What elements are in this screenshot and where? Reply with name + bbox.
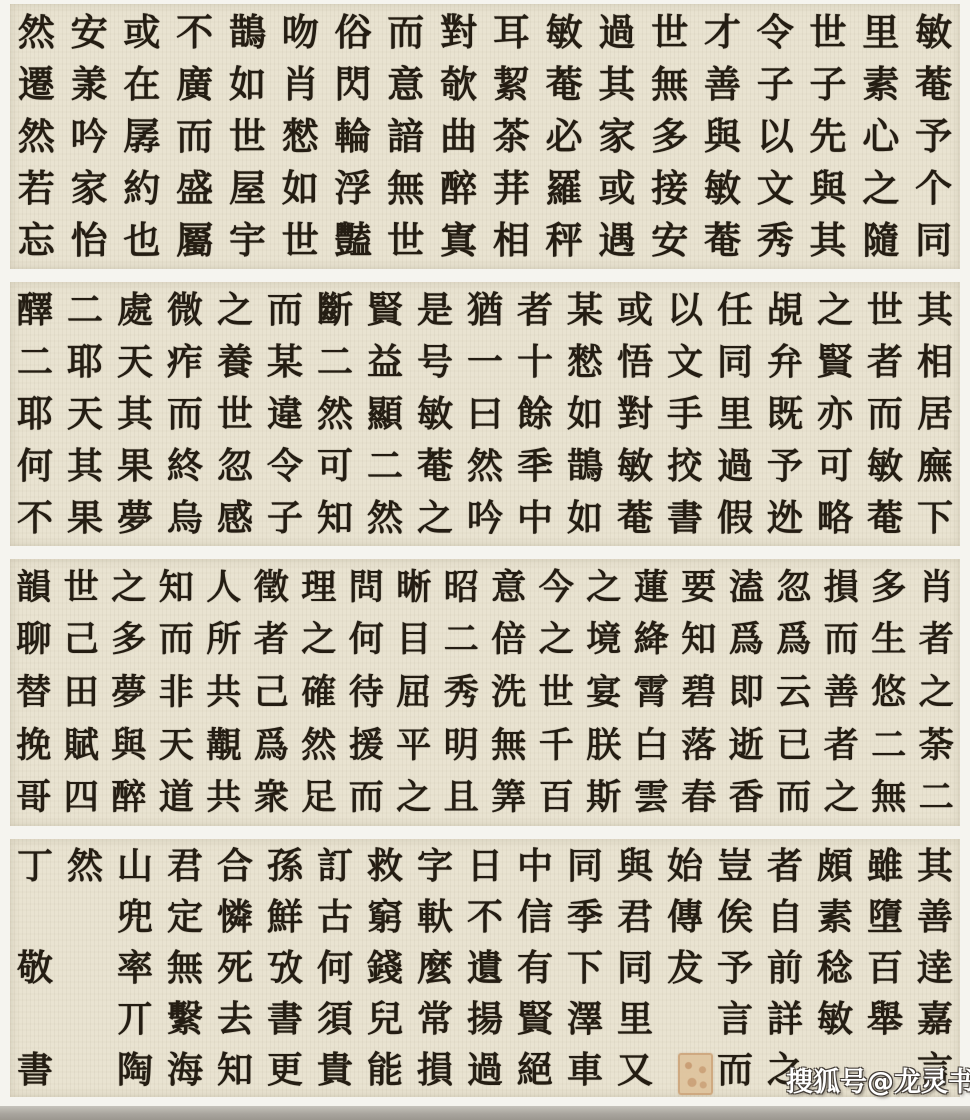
calligraphy-character: 墮 [860, 892, 910, 943]
calligraphy-character: 素 [810, 892, 860, 943]
calligraphy-character: 確 [295, 666, 343, 719]
calligraphy-character: 耶 [10, 388, 60, 440]
calligraphy-character: 欹 [432, 58, 485, 110]
calligraphy-character: 屈 [390, 666, 438, 719]
calligraphy-character: 任 [710, 284, 760, 336]
calligraphy-character: 予 [760, 440, 810, 492]
calligraphy-character: 意 [485, 561, 533, 614]
calligraphy-character [60, 993, 110, 1044]
calligraphy-character: 文 [660, 336, 710, 388]
calligraphy-character: 之 [210, 284, 260, 336]
calligraphy-character: 孫 [260, 841, 310, 892]
calligraphy-character: 挍 [660, 440, 710, 492]
calligraphy-column: 世無多接安 [643, 4, 696, 269]
calligraphy-character: 善 [818, 666, 866, 719]
calligraphy-character: 若 [10, 163, 63, 215]
calligraphy-character: 春 [675, 771, 723, 824]
calligraphy-column: 山兜率丌陶 [110, 839, 160, 1097]
calligraphy-character: 菴 [538, 58, 591, 110]
calligraphy-character: 雲 [628, 771, 676, 824]
calligraphy-character: 而 [710, 1044, 760, 1095]
calligraphy-character: 菴 [860, 492, 910, 544]
calligraphy-character: 而 [343, 771, 391, 824]
calligraphy-character: 世 [860, 284, 910, 336]
calligraphy-character: 同 [710, 336, 760, 388]
calligraphy-character: 倍 [485, 614, 533, 667]
calligraphy-scroll-photo: 敏菴予个同里素心之隨世子先與其令子以文秀才善與敏菴世無多接安過其家或遇敏菴必羅秤… [0, 0, 970, 1120]
calligraphy-column: 頗素稔敏 [810, 839, 860, 1097]
calligraphy-character: 屬 [168, 215, 221, 267]
calligraphy-character: 菴 [410, 440, 460, 492]
calligraphy-character: 是 [410, 284, 460, 336]
calligraphy-character: 也 [116, 215, 169, 267]
calligraphy-character: 多 [865, 561, 913, 614]
artist-seal [678, 1053, 713, 1095]
calligraphy-character: 同 [610, 943, 660, 994]
calligraphy-character: 以 [660, 284, 710, 336]
calligraphy-character: 下 [910, 492, 960, 544]
calligraphy-character: 筭 [485, 771, 533, 824]
calligraphy-column: 同季下澤車 [560, 839, 610, 1097]
calligraphy-character: 心 [854, 110, 907, 162]
calligraphy-character: 稔 [810, 943, 860, 994]
calligraphy-character: 賦 [58, 719, 106, 772]
calligraphy-character: 敏 [410, 388, 460, 440]
calligraphy-character: 家 [591, 110, 644, 162]
calligraphy-band-2: 其相居廡下世者而敏菴之賢亦可略覘弁既予迯任同里過假以文手挍書或悟對敏菴某憖如鵲如… [10, 282, 960, 546]
calligraphy-column: 賢益顯二然 [360, 282, 410, 546]
calligraphy-column: 溘爲即逝香 [723, 559, 771, 826]
calligraphy-character: 違 [260, 388, 310, 440]
calligraphy-column: 才善與敏菴 [696, 4, 749, 269]
calligraphy-character: 何 [10, 440, 60, 492]
calligraphy-character: 天 [60, 388, 110, 440]
calligraphy-character: 略 [810, 492, 860, 544]
calligraphy-character: 且 [438, 771, 486, 824]
calligraphy-character: 賢 [510, 993, 560, 1044]
calligraphy-character: 如 [560, 388, 610, 440]
calligraphy-column: 世者而敏菴 [860, 282, 910, 546]
calligraphy-character: 耶 [60, 336, 110, 388]
calligraphy-column: 救窮錢兒能 [360, 839, 410, 1097]
photo-bottom-edge [0, 1106, 970, 1120]
calligraphy-character: 世 [210, 388, 260, 440]
calligraphy-character: 吻 [274, 6, 327, 58]
calligraphy-character: 烏 [160, 492, 210, 544]
calligraphy-character: 白 [628, 719, 676, 772]
calligraphy-character: 敏 [538, 6, 591, 58]
calligraphy-character: 賢 [810, 336, 860, 388]
calligraphy-character: 貴 [310, 1044, 360, 1095]
calligraphy-character: 丁 [10, 841, 60, 892]
calligraphy-character: 如 [221, 58, 274, 110]
calligraphy-character: 無 [160, 943, 210, 994]
calligraphy-character: 犮 [660, 943, 710, 994]
calligraphy-character: 賢 [360, 284, 410, 336]
calligraphy-character: 浮 [327, 163, 380, 215]
calligraphy-character: 肖 [913, 561, 961, 614]
calligraphy-column: 與君同里又 [610, 839, 660, 1097]
calligraphy-character: 夢 [105, 666, 153, 719]
calligraphy-character: 合 [210, 841, 260, 892]
calligraphy-character: 盛 [168, 163, 221, 215]
calligraphy-band-3: 肖者之荼二多生悠二無損而善者之忽爲云已而溘爲即逝香要知碧落春蓮絳霄白雲之境宴朕斯… [10, 559, 960, 826]
calligraphy-character: 何 [343, 614, 391, 667]
calligraphy-character: 田 [58, 666, 106, 719]
calligraphy-character: 書 [260, 993, 310, 1044]
calligraphy-character: 敏 [696, 163, 749, 215]
calligraphy-character: 然 [10, 110, 63, 162]
calligraphy-character: 善 [910, 892, 960, 943]
calligraphy-character: 下 [560, 943, 610, 994]
calligraphy-column: 或在孱約也 [116, 4, 169, 269]
calligraphy-character: 其 [591, 58, 644, 110]
calligraphy-character: 自 [760, 892, 810, 943]
calligraphy-character: 以 [749, 110, 802, 162]
calligraphy-column: 安羕吟家怡 [63, 4, 116, 269]
calligraphy-character: 霄 [628, 666, 676, 719]
calligraphy-character: 要 [675, 561, 723, 614]
calligraphy-character: 悟 [610, 336, 660, 388]
calligraphy-character: 遇 [591, 215, 644, 267]
calligraphy-character: 或 [591, 163, 644, 215]
calligraphy-character: 訂 [310, 841, 360, 892]
calligraphy-character: 安 [643, 215, 696, 267]
calligraphy-character: 屋 [221, 163, 274, 215]
calligraphy-character: 猶 [460, 284, 510, 336]
calligraphy-sheet: 敏菴予个同里素心之隨世子先與其令子以文秀才善與敏菴世無多接安過其家或遇敏菴必羅秤… [10, 4, 960, 1100]
calligraphy-column: 中信有賢絕 [510, 839, 560, 1097]
calligraphy-character: 知 [153, 561, 201, 614]
calligraphy-character: 亦 [810, 388, 860, 440]
calligraphy-character: 絕 [510, 1044, 560, 1095]
calligraphy-character: 而 [379, 6, 432, 58]
calligraphy-character: 一 [460, 336, 510, 388]
calligraphy-character: 才 [696, 6, 749, 58]
calligraphy-character: 者 [510, 284, 560, 336]
calligraphy-character: 天 [153, 719, 201, 772]
calligraphy-character: 豔 [327, 215, 380, 267]
calligraphy-character: 逹 [910, 943, 960, 994]
calligraphy-character: 其 [910, 284, 960, 336]
calligraphy-character: 羅 [538, 163, 591, 215]
calligraphy-column: 覘弁既予迯 [760, 282, 810, 546]
calligraphy-character: 曲 [432, 110, 485, 162]
calligraphy-character: 始 [660, 841, 710, 892]
calligraphy-character: 損 [410, 1044, 460, 1095]
watermark-sohu-longling: 搜狐号@龙灵书道 [786, 1060, 970, 1099]
calligraphy-character: 相 [485, 215, 538, 267]
calligraphy-character: 其 [910, 841, 960, 892]
calligraphy-column: 斷二然可知 [310, 282, 360, 546]
calligraphy-character: 與 [696, 110, 749, 162]
calligraphy-character: 菴 [610, 492, 660, 544]
calligraphy-character: 昭 [438, 561, 486, 614]
calligraphy-character: 不 [10, 492, 60, 544]
calligraphy-character: 敏 [860, 440, 910, 492]
calligraphy-character: 與 [610, 841, 660, 892]
calligraphy-column: 任同里過假 [710, 282, 760, 546]
calligraphy-column: 豈俟予言而 [710, 839, 760, 1097]
calligraphy-character: 信 [510, 892, 560, 943]
calligraphy-character: 或 [116, 6, 169, 58]
calligraphy-character: 軑 [410, 892, 460, 943]
calligraphy-character: 在 [116, 58, 169, 110]
calligraphy-character: 多 [105, 614, 153, 667]
calligraphy-character: 援 [343, 719, 391, 772]
calligraphy-character: 孱 [116, 110, 169, 162]
calligraphy-character: 或 [610, 284, 660, 336]
calligraphy-character: 死 [210, 943, 260, 994]
calligraphy-character: 前 [760, 943, 810, 994]
calligraphy-character: 十 [510, 336, 560, 388]
calligraphy-column: 理之確然足 [295, 559, 343, 826]
calligraphy-character: 然 [10, 6, 63, 58]
calligraphy-character: 之 [913, 666, 961, 719]
calligraphy-column: 合憐死去知 [210, 839, 260, 1097]
calligraphy-character [10, 993, 60, 1044]
calligraphy-character: 之 [410, 492, 460, 544]
calligraphy-character: 者 [818, 719, 866, 772]
calligraphy-character: 而 [160, 388, 210, 440]
calligraphy-column: 對欹曲醉寘 [432, 4, 485, 269]
calligraphy-column: 吻肖憖如世 [274, 4, 327, 269]
calligraphy-character: 過 [460, 1044, 510, 1095]
calligraphy-character: 同 [907, 215, 960, 267]
calligraphy-character: 忽 [770, 561, 818, 614]
calligraphy-character: 約 [116, 163, 169, 215]
calligraphy-character: 明 [438, 719, 486, 772]
calligraphy-character: 替 [10, 666, 58, 719]
calligraphy-character: 令 [749, 6, 802, 58]
calligraphy-column: 徵者己爲衆 [248, 559, 296, 826]
calligraphy-character: 俗 [327, 6, 380, 58]
calligraphy-character: 多 [643, 110, 696, 162]
calligraphy-character: 荼 [913, 719, 961, 772]
calligraphy-character: 定 [160, 892, 210, 943]
calligraphy-column: 二耶天其果 [60, 282, 110, 546]
calligraphy-character: 素 [854, 58, 907, 110]
calligraphy-character: 子 [749, 58, 802, 110]
calligraphy-column: 孫鮮攷書更 [260, 839, 310, 1097]
calligraphy-character: 有 [510, 943, 560, 994]
calligraphy-character: 斯 [580, 771, 628, 824]
calligraphy-character: 宴 [580, 666, 628, 719]
calligraphy-character: 果 [110, 440, 160, 492]
calligraphy-character: 迯 [760, 492, 810, 544]
calligraphy-character: 者 [913, 614, 961, 667]
calligraphy-column: 之養世忽感 [210, 282, 260, 546]
calligraphy-character: 天 [110, 336, 160, 388]
calligraphy-character: 二 [360, 440, 410, 492]
calligraphy-character: 覯 [200, 719, 248, 772]
calligraphy-character: 嘉 [910, 993, 960, 1044]
calligraphy-column: 肖者之荼二 [913, 559, 961, 826]
calligraphy-character: 窮 [360, 892, 410, 943]
calligraphy-character: 待 [343, 666, 391, 719]
calligraphy-character: 微 [160, 284, 210, 336]
calligraphy-column: 其善逹嘉言 [910, 839, 960, 1097]
calligraphy-character: 海 [160, 1044, 210, 1095]
calligraphy-character: 敏 [610, 440, 660, 492]
calligraphy-character: 對 [432, 6, 485, 58]
calligraphy-character: 居 [910, 388, 960, 440]
calligraphy-character: 秊 [510, 440, 560, 492]
calligraphy-character: 个 [907, 163, 960, 215]
calligraphy-character: 豈 [710, 841, 760, 892]
calligraphy-character: 廣 [168, 58, 221, 110]
calligraphy-character: 道 [153, 771, 201, 824]
calligraphy-character: 聊 [10, 614, 58, 667]
calligraphy-column: 丁敬書 [10, 839, 60, 1097]
calligraphy-character: 無 [485, 719, 533, 772]
calligraphy-column: 雖墮百舉 [860, 839, 910, 1097]
calligraphy-character: 君 [610, 892, 660, 943]
calligraphy-character: 之 [854, 163, 907, 215]
calligraphy-character: 知 [210, 1044, 260, 1095]
calligraphy-character: 而 [168, 110, 221, 162]
calligraphy-column: 蓮絳霄白雲 [628, 559, 676, 826]
calligraphy-band-4: 其善逹嘉言雖墮百舉頗素稔敏者自前詳之豈俟予言而始傳犮與君同里又同季下澤車中信有賢… [10, 839, 960, 1097]
calligraphy-character: 可 [310, 440, 360, 492]
calligraphy-column: 之賢亦可略 [810, 282, 860, 546]
calligraphy-column: 損而善者之 [818, 559, 866, 826]
calligraphy-character: 云 [770, 666, 818, 719]
calligraphy-column: 之境宴朕斯 [580, 559, 628, 826]
calligraphy-character: 去 [210, 993, 260, 1044]
calligraphy-character: 舉 [860, 993, 910, 1044]
calligraphy-character: 目 [390, 614, 438, 667]
calligraphy-character: 共 [200, 771, 248, 824]
calligraphy-character: 即 [723, 666, 771, 719]
calligraphy-character: 悠 [865, 666, 913, 719]
calligraphy-character: 遺 [460, 943, 510, 994]
calligraphy-character: 兒 [360, 993, 410, 1044]
calligraphy-character: 如 [274, 163, 327, 215]
calligraphy-character: 生 [865, 614, 913, 667]
calligraphy-character: 洗 [485, 666, 533, 719]
calligraphy-character: 救 [360, 841, 410, 892]
calligraphy-column: 世子先與其 [802, 4, 855, 269]
calligraphy-character: 百 [860, 943, 910, 994]
calligraphy-character: 須 [310, 993, 360, 1044]
calligraphy-character: 之 [810, 284, 860, 336]
calligraphy-column: 處天其果夢 [110, 282, 160, 546]
calligraphy-column: 令子以文秀 [749, 4, 802, 269]
calligraphy-character: 相 [910, 336, 960, 388]
calligraphy-character: 荓 [485, 163, 538, 215]
calligraphy-character: 絳 [628, 614, 676, 667]
calligraphy-character: 君 [160, 841, 210, 892]
calligraphy-character: 平 [390, 719, 438, 772]
calligraphy-character: 共 [200, 666, 248, 719]
calligraphy-character: 何 [310, 943, 360, 994]
calligraphy-column: 猶一曰然吟 [460, 282, 510, 546]
calligraphy-character: 者 [760, 841, 810, 892]
calligraphy-column: 敏菴予个同 [907, 4, 960, 269]
calligraphy-character: 而 [818, 614, 866, 667]
calligraphy-column: 世己田賦四 [58, 559, 106, 826]
calligraphy-column: 是号敏菴之 [410, 282, 460, 546]
calligraphy-character: 碧 [675, 666, 723, 719]
calligraphy-character: 過 [591, 6, 644, 58]
calligraphy-column: 訂古何須貴 [310, 839, 360, 1097]
calligraphy-character: 既 [760, 388, 810, 440]
calligraphy-character: 知 [675, 614, 723, 667]
calligraphy-character: 感 [210, 492, 260, 544]
calligraphy-character: 憖 [560, 336, 610, 388]
calligraphy-character: 諳 [379, 110, 432, 162]
calligraphy-character: 忘 [10, 215, 63, 267]
calligraphy-character [60, 892, 110, 943]
calligraphy-character: 号 [410, 336, 460, 388]
calligraphy-character: 對 [610, 388, 660, 440]
calligraphy-character: 醉 [432, 163, 485, 215]
calligraphy-character: 之 [533, 614, 581, 667]
calligraphy-character: 二 [913, 771, 961, 824]
calligraphy-character: 不 [168, 6, 221, 58]
calligraphy-character: 予 [907, 110, 960, 162]
calligraphy-column: 晰目屈平之 [390, 559, 438, 826]
calligraphy-column: 多生悠二無 [865, 559, 913, 826]
calligraphy-character: 餘 [510, 388, 560, 440]
calligraphy-character: 忽 [210, 440, 260, 492]
calligraphy-character [10, 892, 60, 943]
calligraphy-character: 秀 [438, 666, 486, 719]
calligraphy-character: 世 [221, 110, 274, 162]
calligraphy-character: 所 [200, 614, 248, 667]
calligraphy-column: 或悟對敏菴 [610, 282, 660, 546]
calligraphy-character: 百 [533, 771, 581, 824]
calligraphy-character: 世 [274, 215, 327, 267]
calligraphy-column: 要知碧落春 [675, 559, 723, 826]
calligraphy-character: 與 [802, 163, 855, 215]
calligraphy-column: 忽爲云已而 [770, 559, 818, 826]
calligraphy-character: 足 [295, 771, 343, 824]
calligraphy-character: 兜 [110, 892, 160, 943]
calligraphy-character: 茶 [485, 110, 538, 162]
calligraphy-character: 之 [390, 771, 438, 824]
calligraphy-character: 蓮 [628, 561, 676, 614]
calligraphy-column: 君定無繫海 [160, 839, 210, 1097]
calligraphy-character: 吟 [460, 492, 510, 544]
calligraphy-character: 秤 [538, 215, 591, 267]
calligraphy-character: 日 [460, 841, 510, 892]
calligraphy-character: 爲 [723, 614, 771, 667]
calligraphy-character: 益 [360, 336, 410, 388]
calligraphy-character: 然 [310, 388, 360, 440]
calligraphy-character: 季 [560, 892, 610, 943]
calligraphy-character: 然 [460, 440, 510, 492]
calligraphy-character: 安 [63, 6, 116, 58]
calligraphy-character: 無 [643, 58, 696, 110]
calligraphy-character: 鵲 [560, 440, 610, 492]
calligraphy-character: 己 [58, 614, 106, 667]
calligraphy-character: 里 [610, 993, 660, 1044]
calligraphy-character: 哥 [10, 771, 58, 824]
calligraphy-character: 而 [860, 388, 910, 440]
calligraphy-character: 而 [770, 771, 818, 824]
calligraphy-column: 者自前詳之 [760, 839, 810, 1097]
calligraphy-character: 繫 [160, 993, 210, 1044]
calligraphy-character: 中 [510, 492, 560, 544]
calligraphy-character: 果 [60, 492, 110, 544]
calligraphy-character: 千 [533, 719, 581, 772]
calligraphy-character: 之 [580, 561, 628, 614]
calligraphy-character: 手 [660, 388, 710, 440]
calligraphy-column: 而意諳無世 [379, 4, 432, 269]
calligraphy-character: 絜 [485, 58, 538, 110]
